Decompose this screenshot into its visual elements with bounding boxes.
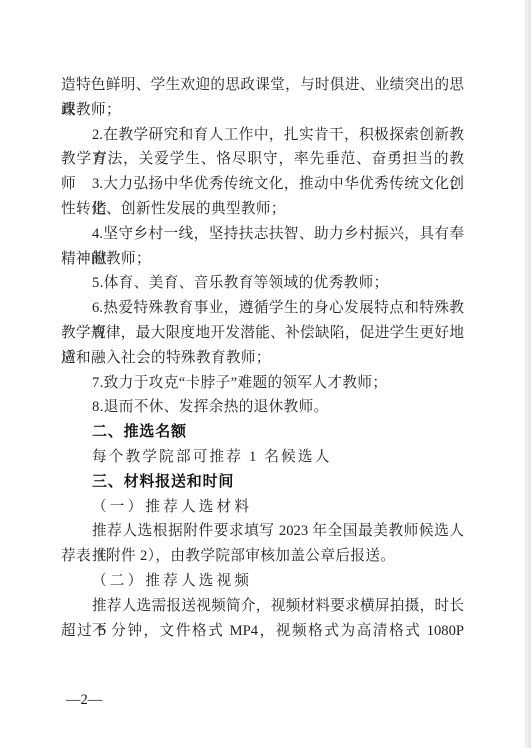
document-page: 造特色鲜明、学生欢迎的思政课堂，与时俱进、业绩突出的思政 课教师； 2.在教学研… — [0, 0, 531, 748]
document-line: 推荐人选需报送视频简介，视频材料要求横屏拍摄，时长不 — [61, 594, 464, 619]
document-line: 7.致力于攻克“卡脖子”难题的领军人才教师； — [61, 371, 464, 396]
subsection-heading: （一）推荐人选材料 — [61, 495, 464, 520]
page-edge-shade — [525, 0, 531, 748]
subsection-heading: （二）推荐人选视频 — [61, 569, 464, 594]
document-line: 8.退而不休、发挥余热的退休教师。 — [61, 395, 464, 420]
document-line: 教学方法，关爱学生、恪尽职守，率先垂范、奋勇担当的教师； — [61, 147, 464, 172]
document-line: 应和融入社会的特殊教育教师； — [61, 346, 464, 371]
document-line: 超过 5 分钟，文件格式 MP4，视频格式为高清格式 1080P — [61, 619, 464, 644]
document-line: 荐表（附件 2），由教学院部审核加盖公章后报送。 — [61, 544, 464, 569]
document-line: 4.坚守乡村一线，坚持扶志扶智、助力乡村振兴，具有奉献 — [61, 222, 464, 247]
page-number: —2— — [66, 691, 102, 709]
document-text-block: 造特色鲜明、学生欢迎的思政课堂，与时俱进、业绩突出的思政 课教师； 2.在教学研… — [61, 73, 464, 643]
document-line: 3.大力弘扬中华优秀传统文化，推动中华优秀传统文化创造 — [61, 172, 464, 197]
document-line: 教学规律，最大限度地开发潜能、补偿缺陷，促进学生更好地适 — [61, 321, 464, 346]
document-line: 6.热爱特殊教育事业，遵循学生的身心发展特点和特殊教育 — [61, 296, 464, 321]
document-line: 造特色鲜明、学生欢迎的思政课堂，与时俱进、业绩突出的思政 — [61, 73, 464, 98]
document-line: 推荐人选根据附件要求填写 2023 年全国最美教师候选人推 — [61, 519, 464, 544]
document-line: 5.体育、美育、音乐教育等领域的优秀教师； — [61, 271, 464, 296]
document-line: 性转化、创新性发展的典型教师； — [61, 197, 464, 222]
section-heading: 三、材料报送和时间 — [61, 470, 464, 495]
document-line: 2.在教学研究和育人工作中，扎实肯干，积极探索创新教育 — [61, 123, 464, 148]
document-line: 每个教学院部可推荐 1 名候选人 — [61, 445, 464, 470]
document-line: 精神的教师； — [61, 247, 464, 272]
document-line: 课教师； — [61, 98, 464, 123]
section-heading: 二、推选名额 — [61, 420, 464, 445]
